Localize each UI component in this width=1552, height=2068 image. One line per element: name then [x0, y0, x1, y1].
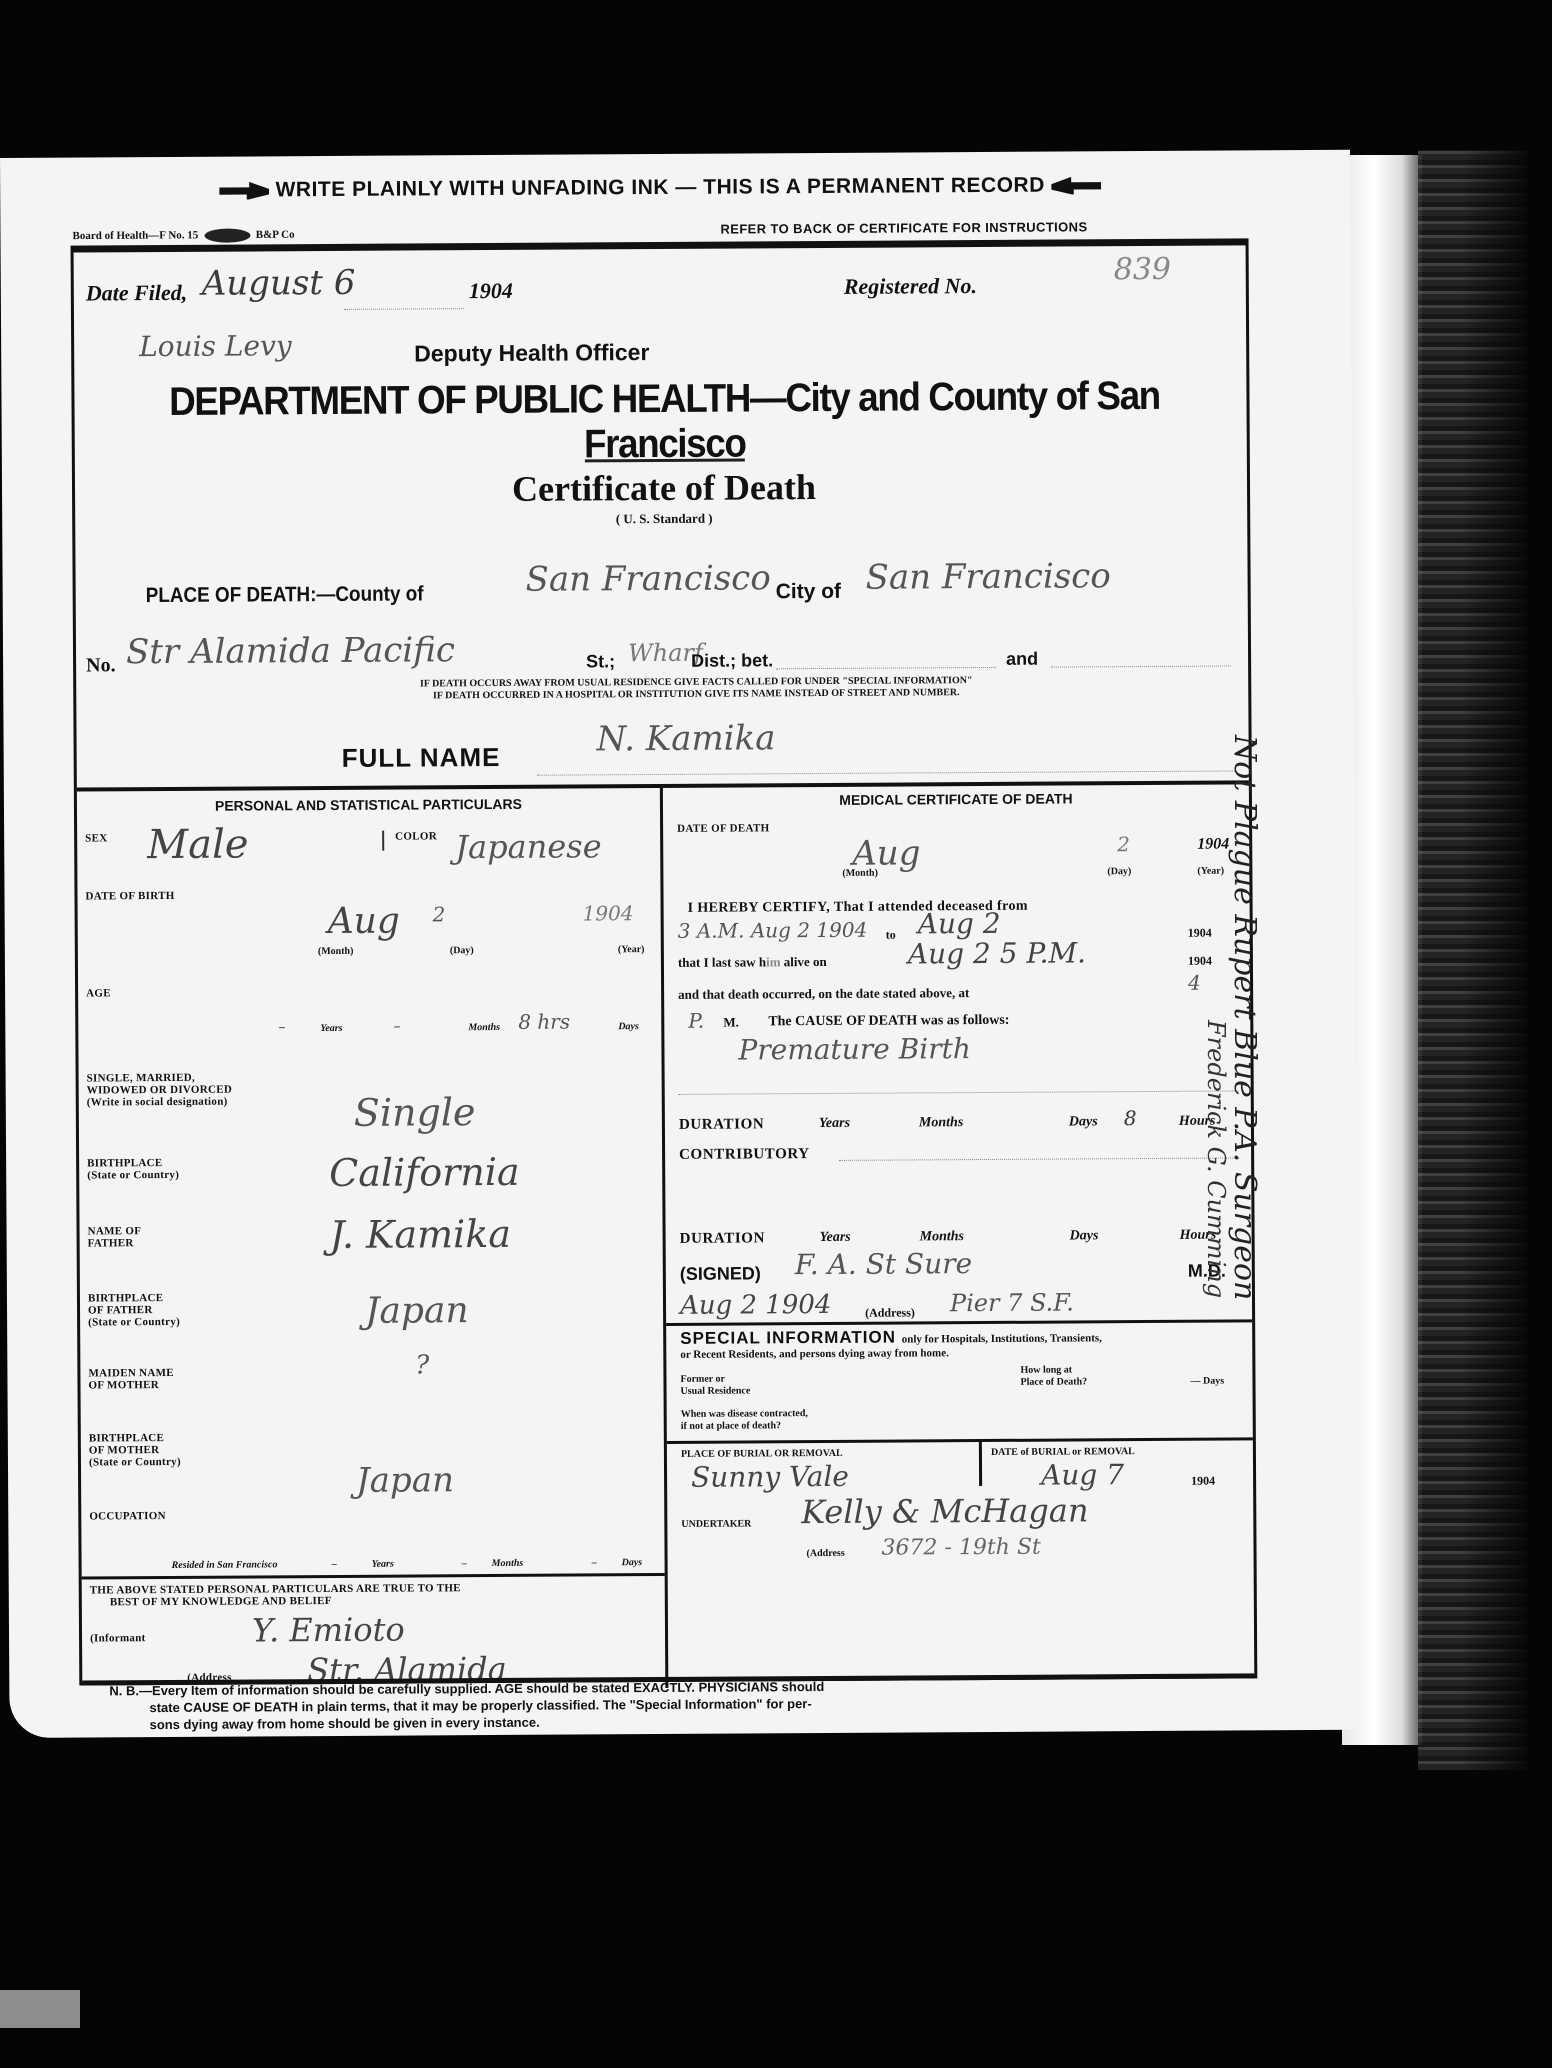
margin-annotation: Not Plague Rupert Blue P.A. Surgeon	[1227, 735, 1262, 1300]
department-title: DEPARTMENT OF PUBLIC HEALTH—City and Cou…	[149, 374, 1180, 470]
undertaker-label: UNDERTAKER	[681, 1518, 751, 1529]
resided-months-caption: Months	[492, 1558, 524, 1569]
how-long-days: — Days	[1190, 1376, 1224, 1387]
duration-hours-value: 8	[1124, 1106, 1137, 1130]
mother-bp-label-1: BIRTHPLACE	[89, 1432, 181, 1445]
informant-statement-1: THE ABOVE STATED PERSONAL PARTICULARS AR…	[90, 1582, 461, 1596]
mother-birthplace-value: Japan	[356, 1460, 454, 1501]
resided-years-caption: Years	[372, 1559, 394, 1570]
dod-day-caption: (Day)	[1107, 866, 1131, 877]
age-years-caption: Years	[320, 1023, 342, 1034]
marital-label-1: SINGLE, MARRIED,	[87, 1072, 233, 1085]
medical-heading: MEDICAL CERTIFICATE OF DEATH	[663, 789, 1249, 809]
birthplace-value: California	[329, 1150, 520, 1195]
informant-divider	[82, 1573, 665, 1580]
how-long-label-2: Place of Death?	[1020, 1376, 1087, 1388]
duration2-months-label: Months	[920, 1229, 964, 1245]
former-residence-label: Former or Usual Residence	[680, 1373, 750, 1397]
dob-year-caption: (Year)	[618, 944, 645, 955]
marital-value: Single	[354, 1090, 476, 1135]
age-days-caption: Days	[618, 1021, 639, 1032]
death-meridiem: P.	[688, 1009, 704, 1033]
death-hour: 4	[1188, 971, 1201, 995]
dod-day: 2	[1117, 832, 1130, 856]
to-label: to	[886, 928, 896, 943]
last-saw-pronoun: im	[766, 954, 781, 969]
contracted-label-1: When was disease contracted,	[681, 1408, 808, 1421]
registered-number: 839	[1114, 252, 1171, 287]
officer-title: Deputy Health Officer	[414, 339, 649, 367]
duration-days-label: Days	[1069, 1114, 1098, 1130]
how-long-label-1: How long at	[1020, 1364, 1087, 1376]
former-label-1: Former or	[680, 1373, 750, 1385]
footnote-prefix: N. B.—	[109, 1683, 152, 1698]
former-label-2: Usual Residence	[681, 1385, 751, 1397]
date-filed-value: August 6	[202, 263, 356, 304]
attended-from: 3 A.M. Aug 2 1904	[678, 918, 868, 943]
father-bp-label-2: OF FATHER	[88, 1304, 180, 1317]
father-birthplace-label: BIRTHPLACE OF FATHER (State or Country)	[88, 1292, 180, 1329]
officer-signature: Louis Levy	[139, 329, 292, 363]
cause-label: The CAUSE OF DEATH was as follows:	[768, 1013, 1009, 1030]
burial-place-value: Sunny Vale	[691, 1460, 849, 1494]
duration2-days-label: Days	[1070, 1228, 1099, 1244]
certificate-frame: Date Filed, August 6 1904 Registered No.…	[71, 238, 1258, 1685]
last-saw-year: 1904	[1188, 954, 1212, 969]
undertaker-address: 3672 - 19th St	[881, 1535, 1040, 1561]
burial-year: 1904	[1191, 1474, 1215, 1489]
date-of-death-label: DATE OF DEATH	[677, 822, 769, 835]
alive-on-label: alive on	[784, 954, 827, 969]
contributory-label: CONTRIBUTORY	[679, 1146, 810, 1164]
marital-label-3: (Write in social designation)	[87, 1096, 233, 1109]
mother-bp-label-2: OF MOTHER	[89, 1444, 181, 1457]
cause-line	[679, 1090, 1239, 1094]
dob-day: 2	[433, 902, 446, 926]
resided-months: –	[462, 1558, 467, 1569]
and-line	[1051, 665, 1231, 667]
district-line	[776, 667, 996, 669]
marital-label: SINGLE, MARRIED, WIDOWED OR DIVORCED (Wr…	[87, 1072, 233, 1109]
date-filed-label: Date Filed,	[86, 280, 188, 307]
city-value: San Francisco	[865, 556, 1110, 597]
mother-name-label: MAIDEN NAME OF MOTHER	[88, 1367, 174, 1392]
how-long-days-label: Days	[1203, 1376, 1224, 1387]
how-long-label: How long at Place of Death?	[1020, 1364, 1087, 1388]
birthplace-label: BIRTHPLACE (State or Country)	[87, 1157, 179, 1182]
burial-date-label: DATE of BURIAL or REMOVAL	[991, 1446, 1135, 1458]
color-label: COLOR	[395, 830, 437, 842]
informant-label: (Informant	[90, 1632, 146, 1644]
attended-to: Aug 2	[918, 907, 1001, 941]
occupation-label: OCCUPATION	[89, 1510, 166, 1522]
attended-to-year: 1904	[1188, 926, 1212, 941]
mother-label-2: OF MOTHER	[88, 1379, 174, 1392]
date-filed-line	[344, 308, 464, 310]
mother-bp-label-3: (State or Country)	[89, 1456, 181, 1469]
father-bp-label-1: BIRTHPLACE	[88, 1292, 180, 1305]
informant-statement-2: BEST OF MY KNOWLEDGE AND BELIEF	[90, 1594, 461, 1608]
place-of-death-label: PLACE OF DEATH:—County of	[146, 582, 424, 608]
dob-label: DATE OF BIRTH	[85, 890, 174, 903]
contracted-label-2: if not at place of death?	[681, 1420, 808, 1433]
father-name-value: J. Kamika	[329, 1212, 511, 1257]
m-label: M.	[723, 1015, 739, 1031]
birthplace-label-1: BIRTHPLACE	[87, 1157, 179, 1170]
street-no-label: No.	[86, 654, 116, 677]
pointing-hand-icon	[219, 182, 269, 200]
dod-month-caption: (Month)	[842, 868, 878, 879]
duration-label: DURATION	[679, 1116, 764, 1134]
last-saw-text: that I last saw him alive on	[678, 954, 827, 971]
dob-month: Aug	[328, 901, 400, 942]
footnote: N. B.—Every Item of information should b…	[109, 1676, 1169, 1733]
age-years: –	[278, 1019, 285, 1035]
duration2-years-label: Years	[820, 1230, 851, 1246]
physician-address: Pier 7 S.F.	[950, 1288, 1074, 1317]
banner-text: WRITE PLAINLY WITH UNFADING INK — THIS I…	[275, 174, 1044, 202]
dob-day-caption: (Day)	[450, 945, 474, 956]
father-bp-label-3: (State or Country)	[88, 1316, 180, 1329]
spine-shadow	[1460, 140, 1552, 1840]
street-value: Str Alamida Pacific	[126, 630, 455, 672]
signed-date: Aug 2 1904	[680, 1290, 832, 1321]
printer-name: B&P Co	[256, 229, 295, 241]
physician-address-label: (Address)	[865, 1305, 915, 1320]
undertaker-value: Kelly & McHagan	[801, 1491, 1088, 1531]
header-banner: WRITE PLAINLY WITH UNFADING INK — THIS I…	[120, 173, 1200, 204]
birthplace-label-2: (State or Country)	[87, 1169, 179, 1182]
physician-signature: F. A. St Sure	[795, 1247, 973, 1281]
resided-days-caption: Days	[622, 1557, 643, 1568]
certificate-title: Certificate of Death	[75, 463, 1253, 512]
burial-divider	[667, 1437, 1253, 1444]
cause-value: Premature Birth	[738, 1032, 971, 1066]
informant-statement: THE ABOVE STATED PERSONAL PARTICULARS AR…	[90, 1582, 461, 1608]
father-name-label: NAME OF FATHER	[88, 1225, 142, 1249]
resided-label: Resided in San Francisco	[172, 1559, 278, 1571]
age-months: –	[393, 1019, 400, 1035]
refer-instructions: REFER TO BACK OF CERTIFICATE FOR INSTRUC…	[720, 219, 1087, 236]
dod-year-caption: (Year)	[1197, 866, 1224, 877]
sex-label: SEX	[85, 832, 107, 844]
special-heading-rest: only for Hospitals, Institutions, Transi…	[902, 1332, 1102, 1345]
form-number-text: Board of Health—F No. 15	[72, 229, 198, 242]
full-name-value: N. Kamika	[596, 718, 775, 759]
duration-months-label: Months	[919, 1115, 963, 1131]
special-heading-title: SPECIAL INFORMATION	[680, 1328, 896, 1348]
age-label: AGE	[86, 987, 111, 999]
st-label: St.;	[586, 651, 615, 672]
death-occurred-text: and that death occurred, on the date sta…	[678, 985, 969, 1003]
marital-label-2: WIDOWED OR DIVORCED	[87, 1084, 233, 1097]
burial-place-label: PLACE OF BURIAL OR REMOVAL	[681, 1448, 843, 1460]
full-name-line	[537, 770, 1237, 775]
mother-label-1: MAIDEN NAME	[88, 1367, 174, 1380]
dob-year: 1904	[583, 901, 634, 925]
death-certificate-page: WRITE PLAINLY WITH UNFADING INK — THIS I…	[0, 150, 1360, 1738]
father-label-1: NAME OF	[88, 1225, 142, 1237]
printer-seal-icon	[204, 228, 250, 242]
city-label: City of	[776, 580, 841, 604]
column-divider	[660, 788, 668, 1688]
full-name-label: FULL NAME	[342, 742, 501, 774]
duration-years-label: Years	[819, 1116, 850, 1132]
mother-name-value: ?	[415, 1350, 429, 1380]
special-heading-line2: or Recent Residents, and persons dying a…	[680, 1347, 949, 1361]
mother-birthplace-label: BIRTHPLACE OF MOTHER (State or Country)	[89, 1432, 181, 1469]
signed-label: (SIGNED)	[680, 1263, 761, 1284]
contracted-label: When was disease contracted, if not at p…	[681, 1408, 808, 1433]
resided-years: –	[332, 1559, 337, 1570]
last-saw-date: Aug 2 5 P.M.	[908, 936, 1086, 970]
duration2-label: DURATION	[680, 1230, 765, 1248]
special-heading: SPECIAL INFORMATION only for Hospitals, …	[680, 1326, 1102, 1349]
age-months-caption: Months	[468, 1022, 500, 1033]
pointing-hand-icon	[1051, 177, 1101, 195]
age-days: 8 hrs	[518, 1010, 570, 1034]
father-label-2: FATHER	[88, 1237, 142, 1249]
undertaker-address-label: (Address	[807, 1548, 845, 1559]
informant-name: Y. Emioto	[252, 1611, 405, 1650]
father-birthplace-value: Japan	[365, 1290, 469, 1332]
form-number: Board of Health—F No. 15 B&P Co	[72, 228, 294, 243]
burial-column-divider	[979, 1442, 982, 1486]
margin-annotation-2: Frederick G. Cumming	[1202, 1020, 1230, 1298]
district-label: Dist.; bet.	[691, 650, 773, 672]
date-filed-year: 1904	[469, 278, 513, 304]
dob-month-caption: (Month)	[318, 946, 354, 957]
burial-date-value: Aug 7	[1041, 1458, 1124, 1492]
color-value: Japanese	[455, 827, 602, 866]
how-long-value: —	[1190, 1376, 1200, 1387]
dod-year: 1904	[1197, 836, 1229, 854]
sex-value: Male	[147, 821, 249, 868]
registered-label: Registered No.	[844, 273, 977, 300]
lower-page-tab	[0, 1990, 80, 2028]
sex-color-divider	[382, 831, 384, 851]
and-label: and	[1006, 649, 1038, 670]
place-note: IF DEATH OCCURS AWAY FROM USUAL RESIDENC…	[246, 674, 1146, 703]
personal-heading: PERSONAL AND STATISTICAL PARTICULARS	[77, 795, 660, 815]
last-saw-label: that I last saw h	[678, 954, 766, 970]
resided-days: –	[592, 1557, 597, 1568]
contributory-line	[839, 1157, 1239, 1160]
county-value: San Francisco	[525, 558, 770, 599]
